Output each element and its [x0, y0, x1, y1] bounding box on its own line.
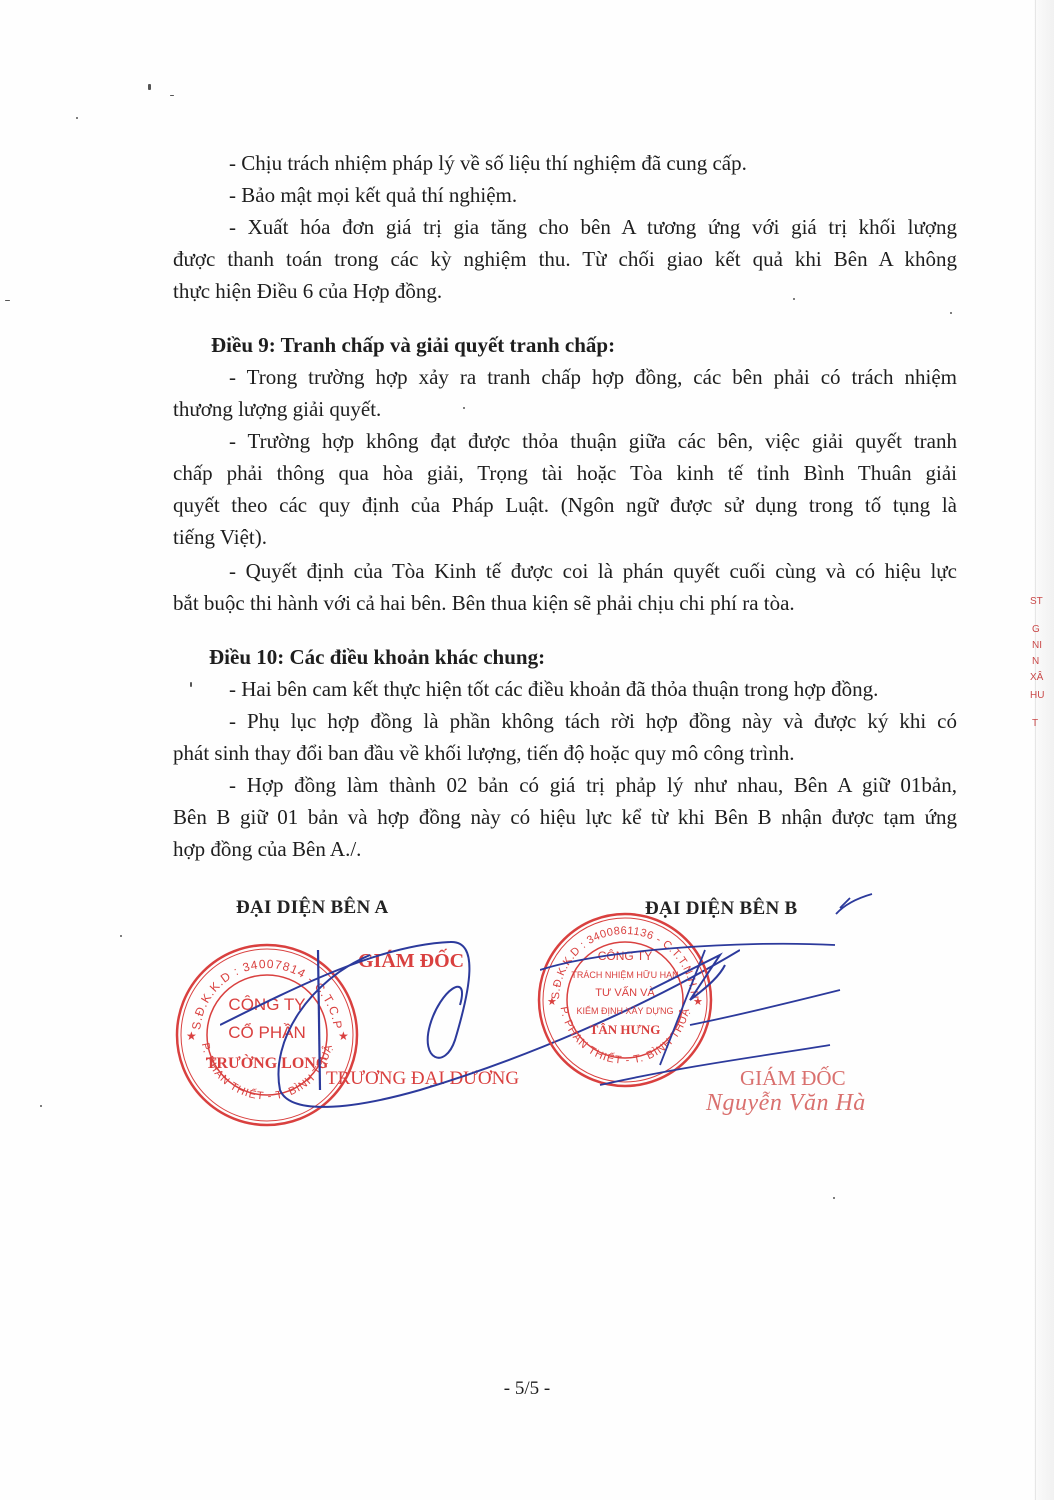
- article-9-heading: Điều 9: Tranh chấp và giải quyết tranh c…: [211, 330, 615, 360]
- scan-speck: [5, 300, 10, 301]
- margin-stamp-fragment: HU: [1030, 690, 1044, 701]
- clause-line: tiếng Việt).: [173, 522, 267, 552]
- scan-speck: [833, 1197, 835, 1199]
- clause-line: - Quyết định của Tòa Kinh tế được coi là…: [229, 556, 957, 586]
- clause-line: - Xuất hóa đơn giá trị gia tăng cho bên …: [229, 212, 957, 242]
- clause-line: - Hai bên cam kết thực hiện tốt các điều…: [229, 674, 878, 704]
- clause-line: Bên B giữ 01 bản và hợp đồng này có hiệu…: [173, 802, 957, 832]
- margin-stamp-fragment: N: [1032, 656, 1039, 667]
- clause-line: - Trường hợp không đạt được thỏa thuận g…: [229, 426, 957, 456]
- clause-line: - Bảo mật mọi kết quả thí nghiệm.: [229, 180, 517, 210]
- clause-line: thực hiện Điều 6 của Hợp đồng.: [173, 276, 442, 306]
- scan-speck: [170, 95, 174, 96]
- clause-line: chấp phải thông qua hòa giải, Trọng tài …: [173, 458, 957, 488]
- scan-speck: [793, 298, 795, 300]
- party-b-signer-name: Nguyễn Văn Hà: [706, 1090, 866, 1117]
- clause-line: - Phụ lục hợp đồng là phần không tách rờ…: [229, 706, 957, 736]
- scan-speck: [190, 682, 192, 687]
- scan-edge: [1034, 0, 1054, 1500]
- clause-line: được thanh toán trong các kỳ nghiệm thu.…: [173, 244, 957, 274]
- clause-line: - Chịu trách nhiệm pháp lý về số liệu th…: [229, 148, 747, 178]
- scan-speck: [148, 84, 151, 90]
- document-page: - Chịu trách nhiệm pháp lý về số liệu th…: [0, 0, 1054, 1500]
- margin-stamp-fragment: ST: [1030, 596, 1043, 607]
- scan-speck: [120, 935, 122, 937]
- clause-line: thương lượng giải quyết.: [173, 394, 381, 424]
- scan-speck: [463, 407, 465, 409]
- scan-speck: [76, 117, 78, 119]
- clause-line: bắt buộc thi hành với cả hai bên. Bên th…: [173, 588, 795, 618]
- page-number: - 5/5 -: [0, 1378, 1054, 1400]
- svg-text:★: ★: [186, 1029, 197, 1043]
- clause-line: hợp đồng của Bên A./.: [173, 834, 361, 864]
- scan-speck: [950, 312, 952, 314]
- party-a-title: ĐẠI DIỆN BÊN A: [236, 897, 389, 919]
- article-10-heading: Điều 10: Các điều khoản khác chung:: [209, 642, 545, 672]
- party-b-handwritten-signature: [540, 890, 880, 1090]
- margin-stamp-fragment: XÂ: [1030, 672, 1043, 683]
- clause-line: - Trong trường hợp xảy ra tranh chấp hợp…: [229, 362, 957, 392]
- clause-line: quyết theo các quy định của Pháp Luật. (…: [173, 490, 957, 520]
- clause-line: - Hợp đồng làm thành 02 bản có giá trị p…: [229, 770, 957, 800]
- scan-edge-line: [1035, 0, 1036, 1500]
- margin-stamp-fragment: NI: [1032, 640, 1042, 651]
- party-b-position: GIÁM ĐỐC: [740, 1066, 846, 1091]
- margin-stamp-fragment: T: [1032, 718, 1038, 729]
- clause-line: phát sinh thay đổi ban đầu về khối lượng…: [173, 738, 794, 768]
- margin-stamp-fragment: G: [1032, 624, 1040, 635]
- scan-speck: [40, 1105, 42, 1107]
